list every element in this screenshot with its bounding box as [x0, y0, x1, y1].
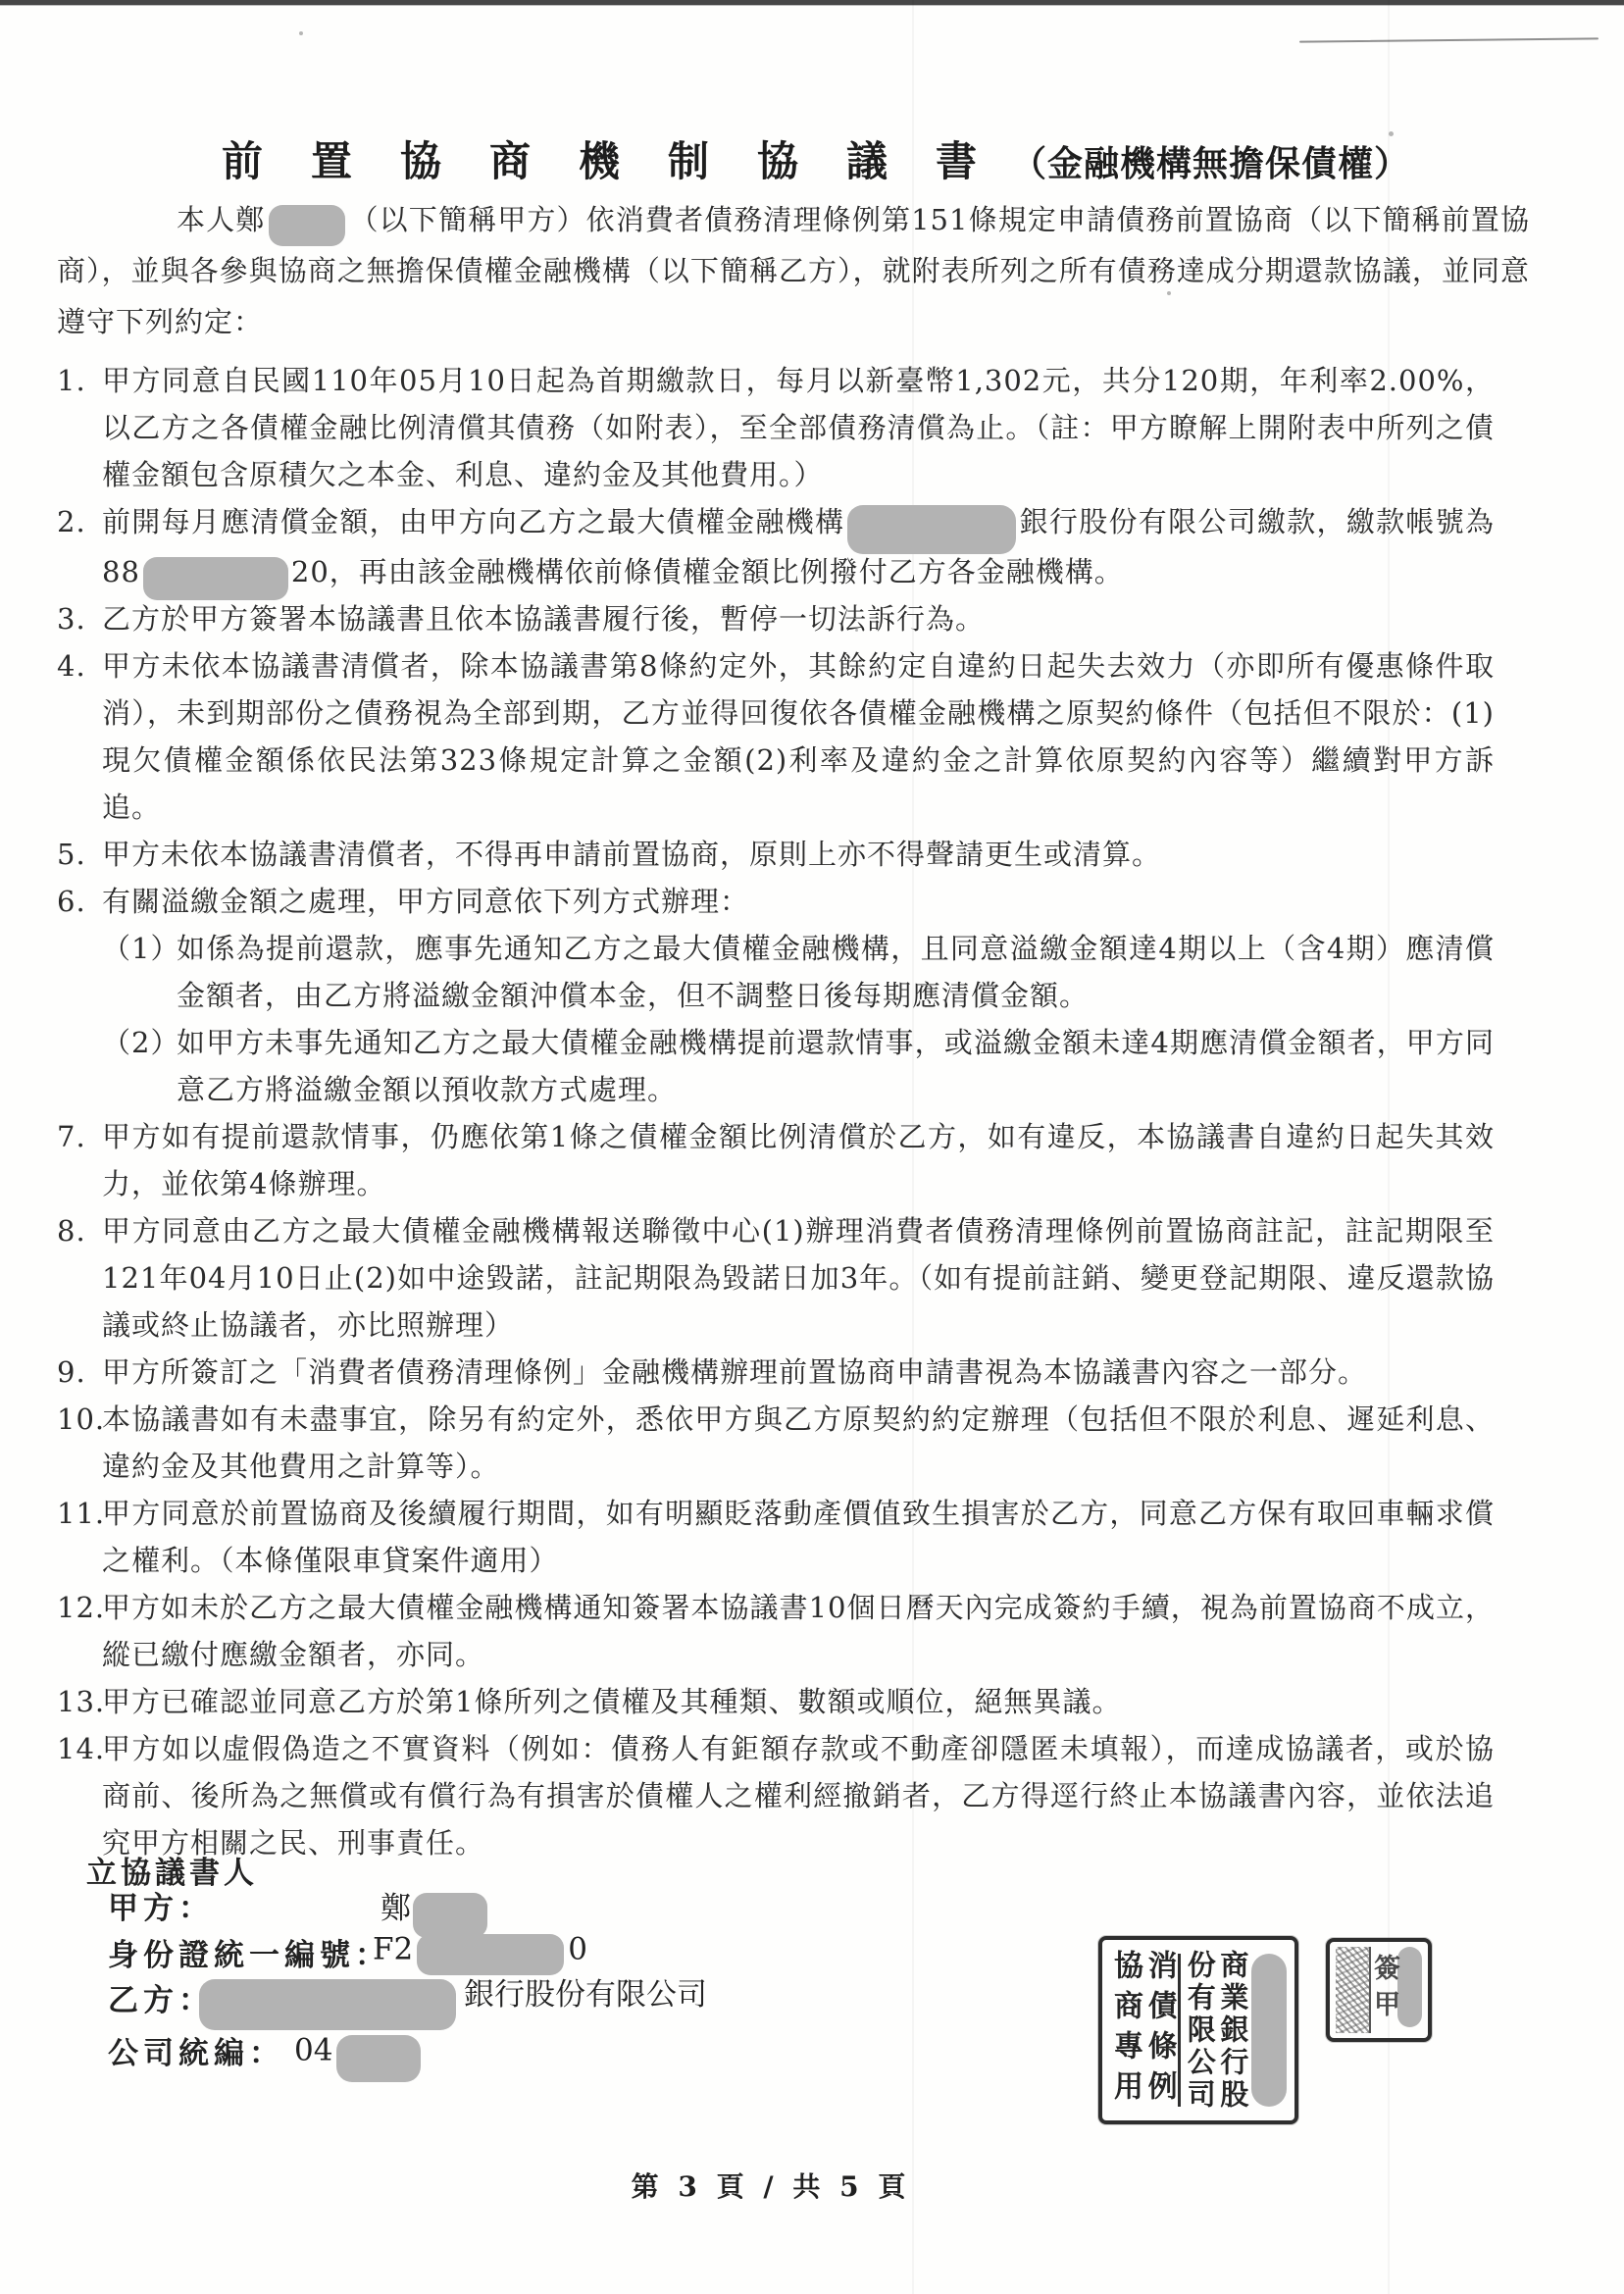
clause-text: 甲方如有提前還款情事，仍應依第1條之債權金額比例清償於乙方，如有違反，本協議書自…: [102, 1113, 1495, 1207]
subclause-number: （1）: [102, 925, 177, 972]
redaction-block: [199, 1979, 456, 2030]
page-number: 第 3 頁 / 共 5 頁: [0, 2166, 1583, 2205]
clause-7: 7. 甲方如有提前還款情事，仍應依第1條之債權金額比例清償於乙方，如有違反，本協…: [57, 1113, 1495, 1207]
id-number-value: F20: [373, 1930, 587, 1971]
clause-number: 3.: [57, 595, 102, 642]
scan-edge-artifact: [0, 0, 1624, 5]
clause-text: 甲方同意於前置協商及後續履行期間，如有明顯貶落動產價值致生損害於乙方，同意乙方保…: [102, 1490, 1495, 1584]
id-number-label: 身份證統一編號：: [108, 1938, 390, 1973]
id-suffix: 0: [568, 1932, 587, 1967]
clause-text: 甲方如以虛假偽造之不實資料（例如：債務人有鉅額存款或不動產卻隱匿未填報），而達成…: [102, 1725, 1495, 1866]
party-b-row: 乙方： 銀行股份有限公司: [108, 1975, 214, 2019]
bank-seal-stamp: 商業銀行股 份有限公司 消債條例 協商專用: [1098, 1936, 1298, 2124]
clause-text: 甲方同意由乙方之最大債權金融機構報送聯徵中心(1)辦理消費者債務清理條例前置協商…: [102, 1207, 1495, 1349]
clause-number: 2.: [57, 498, 102, 545]
document-title-main: 前置協商機制協議書: [222, 137, 1025, 185]
bank-seal-content: 商業銀行股 份有限公司 消債條例 協商專用: [1102, 1940, 1294, 2120]
clause-1: 1. 甲方同意自民國110年05月10日起為首期繳款日，每月以新臺幣1,302元…: [57, 357, 1495, 498]
bank-seal-name-column: 商業銀行股: [1218, 1950, 1246, 2112]
id-prefix: F2: [373, 1932, 413, 1967]
redaction-block: [336, 2035, 421, 2082]
illegible-seal-texture: [1336, 1947, 1371, 2033]
clause-text: 本協議書如有未盡事宜，除另有約定外，悉依甲方與乙方原契約約定辦理（包括但不限於利…: [102, 1396, 1495, 1490]
clause-text-segment: 前開每月應清償金額，由甲方向乙方之最大債權金融機構: [102, 505, 844, 538]
seal-divider: [1178, 1954, 1181, 2107]
clause-number: 8.: [57, 1207, 102, 1254]
party-b-label: 乙方：: [108, 1983, 214, 2018]
clause-text: 甲方同意自民國110年05月10日起為首期繳款日，每月以新臺幣1,302元，共分…: [102, 357, 1495, 498]
subclause-1: （1） 如係為提前還款，應事先通知乙方之最大債權金融機構，且同意溢繳金額達4期以…: [102, 925, 1495, 1019]
intro-paragraph: 本人鄭（以下簡稱甲方）依消費者債務清理條例第151條規定申請債務前置協商（以下簡…: [57, 194, 1530, 347]
clause-number: 10.: [57, 1396, 102, 1443]
document-title: 前置協商機制協議書（金融機構無擔保債權）: [222, 129, 1410, 188]
redaction-block: [847, 505, 1016, 554]
clause-list: 1. 甲方同意自民國110年05月10日起為首期繳款日，每月以新臺幣1,302元…: [57, 357, 1495, 1866]
clause-text-segment: 有關溢繳金額之處理，甲方同意依下列方式辦理：: [102, 885, 749, 918]
clause-8: 8. 甲方同意由乙方之最大債權金融機構報送聯徵中心(1)辦理消費者債務清理條例前…: [57, 1207, 1495, 1349]
scan-line-artifact: [1299, 37, 1599, 42]
clause-number: 6.: [57, 878, 102, 925]
party-a-row: 甲方： 鄭: [108, 1883, 214, 1927]
scanned-agreement-page: 前置協商機制協議書（金融機構無擔保債權） 本人鄭（以下簡稱甲方）依消費者債務清理…: [0, 0, 1624, 2294]
clause-number: 7.: [57, 1113, 102, 1160]
clause-number: 1.: [57, 357, 102, 404]
bank-seal-purpose-column: 消債條例: [1144, 1950, 1174, 2111]
clause-number: 14.: [57, 1725, 102, 1772]
party-a-value: 鄭: [381, 1883, 487, 1933]
party-b-value: 銀行股份有限公司: [199, 1969, 707, 2022]
clause-number: 9.: [57, 1349, 102, 1396]
clause-6: 6. 有關溢繳金額之處理，甲方同意依下列方式辦理： （1） 如係為提前還款，應事…: [57, 878, 1495, 1113]
clause-text-segment: 20，再由該金融機構依前條債權金額比例撥付乙方各金融機構。: [291, 555, 1124, 588]
clause-14: 14. 甲方如以虛假偽造之不實資料（例如：債務人有鉅額存款或不動產卻隱匿未填報）…: [57, 1725, 1495, 1866]
clause-text: 甲方已確認並同意乙方於第1條所列之債權及其種類、數額或順位，絕無異議。: [102, 1678, 1495, 1725]
subclause-text: 如甲方未事先通知乙方之最大債權金融機構提前還款情事，或溢繳金額未達4期應清償金額…: [177, 1019, 1495, 1113]
clause-number: 11.: [57, 1490, 102, 1537]
company-id-label: 公司統編：: [108, 2036, 284, 2071]
redaction-block: [143, 557, 288, 600]
clause-number: 12.: [57, 1584, 102, 1631]
party-b-name-suffix: 銀行股份有限公司: [464, 1977, 707, 2013]
clause-9: 9. 甲方所簽訂之「消費者債務清理條例」金融機構辦理前置協商申請書視為本協議書內…: [57, 1349, 1495, 1396]
subclause-number: （2）: [102, 1019, 177, 1066]
document-title-suffix: （金融機構無擔保債權）: [1011, 143, 1410, 184]
redaction-block: [1397, 1947, 1422, 2027]
company-id-row: 公司統編： 04: [108, 2028, 284, 2072]
clause-text: 乙方於甲方簽署本協議書且依本協議書履行後，暫停一切法訴行為。: [102, 595, 1495, 642]
clause-10: 10. 本協議書如有未盡事宜，除另有約定外，悉依甲方與乙方原契約約定辦理（包括但…: [57, 1396, 1495, 1490]
clause-12: 12. 甲方如未於乙方之最大債權金融機構通知簽署本協議書10個日曆天內完成簽約手…: [57, 1584, 1495, 1678]
clause-text: 有關溢繳金額之處理，甲方同意依下列方式辦理： （1） 如係為提前還款，應事先通知…: [102, 878, 1495, 1113]
clause-2: 2. 前開每月應清償金額，由甲方向乙方之最大債權金融機構銀行股份有限公司繳款，繳…: [57, 498, 1495, 595]
clause-text: 甲方未依本協議書清償者，除本協議書第8條約定外，其餘約定自違約日起失去效力（亦即…: [102, 642, 1495, 831]
bank-seal-name-column: 份有限公司: [1186, 1950, 1214, 2112]
clause-number: 5.: [57, 831, 102, 878]
clause-text: 前開每月應清償金額，由甲方向乙方之最大債權金融機構銀行股份有限公司繳款，繳款帳號…: [102, 498, 1495, 595]
clause-5: 5. 甲方未依本協議書清償者，不得再申請前置協商，原則上亦不得聲請更生或清算。: [57, 831, 1495, 878]
bank-seal-purpose-column: 協商專用: [1110, 1950, 1140, 2111]
verification-stamp: 簽甲: [1326, 1938, 1432, 2042]
clause-13: 13. 甲方已確認並同意乙方於第1條所列之債權及其種類、數額或順位，絕無異議。: [57, 1678, 1495, 1725]
company-id-value: 04: [294, 2028, 421, 2075]
intro-text-pre: 本人鄭: [177, 203, 265, 236]
redaction-block: [269, 205, 345, 246]
clause-number: 4.: [57, 642, 102, 689]
clause-text: 甲方所簽訂之「消費者債務清理條例」金融機構辦理前置協商申請書視為本協議書內容之一…: [102, 1349, 1495, 1396]
subclause-text: 如係為提前還款，應事先通知乙方之最大債權金融機構，且同意溢繳金額達4期以上（含4…: [177, 925, 1495, 1019]
clause-3: 3. 乙方於甲方簽署本協議書且依本協議書履行後，暫停一切法訴行為。: [57, 595, 1495, 642]
subclause-list: （1） 如係為提前還款，應事先通知乙方之最大債權金融機構，且同意溢繳金額達4期以…: [102, 925, 1495, 1113]
scan-speck: [299, 31, 303, 35]
clause-text: 甲方未依本協議書清償者，不得再申請前置協商，原則上亦不得聲請更生或清算。: [102, 831, 1495, 878]
clause-number: 13.: [57, 1678, 102, 1725]
party-a-label: 甲方：: [108, 1891, 214, 1926]
subclause-2: （2） 如甲方未事先通知乙方之最大債權金融機構提前還款情事，或溢繳金額未達4期應…: [102, 1019, 1495, 1113]
verification-stamp-text: 簽甲: [1371, 1954, 1397, 2026]
clause-4: 4. 甲方未依本協議書清償者，除本協議書第8條約定外，其餘約定自違約日起失去效力…: [57, 642, 1495, 831]
clause-text: 甲方如未於乙方之最大債權金融機構通知簽署本協議書10個日曆天內完成簽約手續，視為…: [102, 1584, 1495, 1678]
id-number-row: 身份證統一編號： F20: [108, 1930, 390, 1974]
redaction-block: [1251, 1954, 1287, 2107]
party-a-name: 鄭: [381, 1891, 411, 1926]
clause-11: 11. 甲方同意於前置協商及後續履行期間，如有明顯貶落動產價值致生損害於乙方，同…: [57, 1490, 1495, 1584]
company-id-prefix: 04: [294, 2033, 332, 2068]
